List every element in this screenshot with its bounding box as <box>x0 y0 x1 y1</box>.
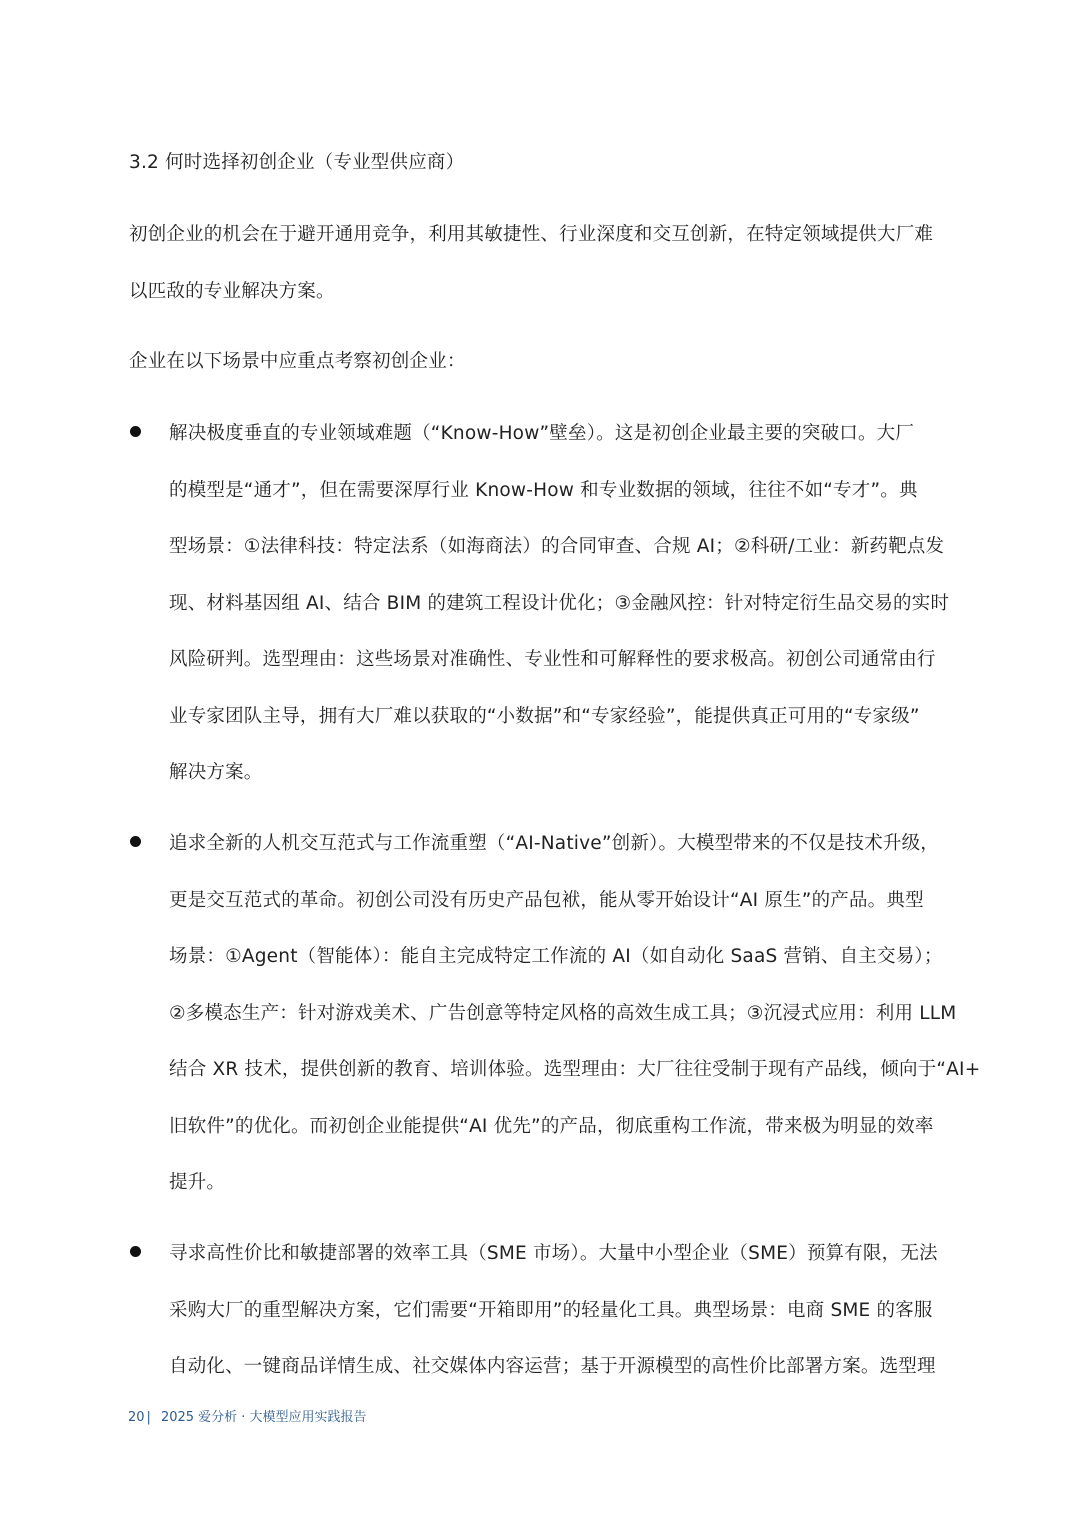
bullet-line: 解决方案。 <box>169 758 263 784</box>
page-footer: 20|2025 爱分析 · 大模型应用实践报告 <box>128 1406 367 1425</box>
bullet-line: ②多模态生产：针对游戏美术、广告创意等特定风格的高效生成工具；③沉浸式应用：利用… <box>169 999 956 1025</box>
bullet-line: 场景：①Agent（智能体）：能自主完成特定工作流的 AI（如自动化 SaaS … <box>169 942 943 968</box>
bullet-line: 的模型是“通才”，但在需要深厚行业 Know-How 和专业数据的领域，往往不如… <box>169 476 918 502</box>
bullet-dot-icon <box>130 836 141 847</box>
bullet-line: 现、材料基因组 AI、结合 BIM 的建筑工程设计优化；③金融风控：针对特定衍生… <box>169 589 949 615</box>
bullet-line: 采购大厂的重型解决方案，它们需要“开箱即用”的轻量化工具。典型场景：电商 SME… <box>169 1296 933 1322</box>
bullet-line: 寻求高性价比和敏捷部署的效率工具（SME 市场）。大量中小型企业（SME）预算有… <box>169 1239 938 1265</box>
intro-line: 初创企业的机会在于避开通用竞争，利用其敏捷性、行业深度和交互创新，在特定领域提供… <box>129 220 933 246</box>
report-title: 2025 爱分析 · 大模型应用实践报告 <box>161 1410 367 1425</box>
bullet-line: 追求全新的人机交互范式与工作流重塑（“AI-Native”创新）。大模型带来的不… <box>169 829 939 855</box>
bullet-dot-icon <box>130 1246 141 1257</box>
bullet-line: 业专家团队主导，拥有大厂难以获取的“小数据”和“专家经验”，能提供真正可用的“专… <box>169 702 920 728</box>
bullet-dot-icon <box>130 426 141 437</box>
bullet-line: 解决极度垂直的专业领域难题（“Know-How”壁垒）。这是初创企业最主要的突破… <box>169 419 914 445</box>
bullet-line: 结合 XR 技术，提供创新的教育、培训体验。选型理由：大厂往往受制于现有产品线，… <box>169 1055 980 1081</box>
footer-separator: | <box>147 1410 151 1425</box>
bullet-line: 型场景：①法律科技：特定法系（如海商法）的合同审查、合规 AI；②科研/工业：新… <box>169 532 944 558</box>
page-number: 20 <box>128 1410 145 1425</box>
bullet-line: 旧软件”的优化。而初创企业能提供“AI 优先”的产品，彻底重构工作流，带来极为明… <box>169 1112 934 1138</box>
intro-line: 以匹敌的专业解决方案。 <box>129 277 335 303</box>
bullet-line: 提升。 <box>169 1168 225 1194</box>
section-heading: 3.2 何时选择初创企业（专业型供应商） <box>129 148 464 174</box>
lead-paragraph: 企业在以下场景中应重点考察初创企业： <box>129 347 466 373</box>
bullet-line: 自动化、一键商品详情生成、社交媒体内容运营；基于开源模型的高性价比部署方案。选型… <box>169 1352 936 1378</box>
bullet-line: 更是交互范式的革命。初创公司没有历史产品包袱，能从零开始设计“AI 原生”的产品… <box>169 886 924 912</box>
bullet-line: 风险研判。选型理由：这些场景对准确性、专业性和可解释性的要求极高。初创公司通常由… <box>169 645 936 671</box>
